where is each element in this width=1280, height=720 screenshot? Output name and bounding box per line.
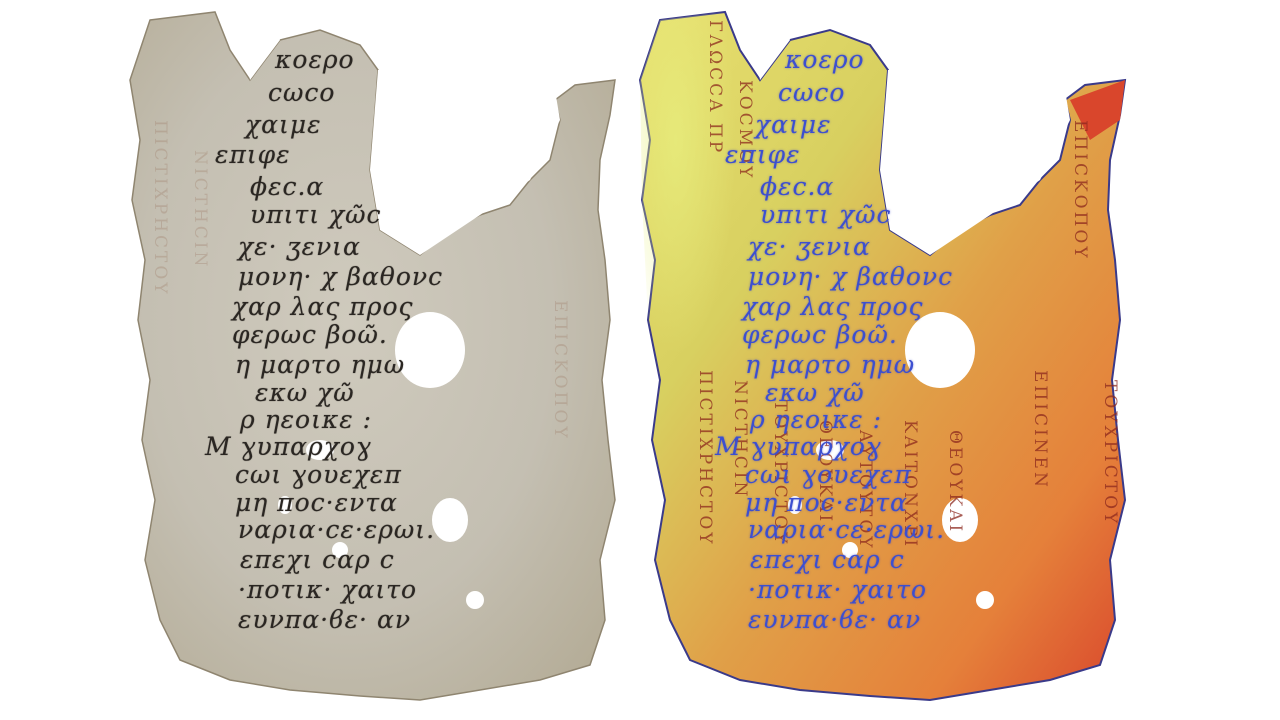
undertext-column: ΓΛΩϹϹΑ ΠΡ [705,20,725,155]
manuscript-line: επεχι ϲαρ ϲ [750,545,905,574]
manuscript-line: ·ποτικ· χαιτο [238,575,417,604]
manuscript-line: κοερο [785,45,865,74]
undertext-column: ΘΕΟΥΚΑΙ [945,430,965,534]
manuscript-line: μονη· χ βαθονϲ [238,262,443,291]
manuscript-line: ϲωι ɣουεχεπ [235,460,402,489]
manuscript-line: χαιμε [245,110,322,139]
manuscript-line: ϕεϲ.α [760,172,834,201]
manuscript-line: ϲωϲο [778,78,845,107]
natural-light-fragment: ΠΙϹΤΙΧΡΗϹΤΟΥ ΝΙϹΤΗϹΙΝ ΕΠΙϹΚΟΠΟΥ κοερο ϲω… [120,0,640,720]
manuscript-line: ϲωϲο [268,78,335,107]
undertext-column: ΕΠΙϹΚΟΠΟΥ [550,300,570,441]
manuscript-line: χε· ʒενια [238,232,361,261]
manuscript-line: ϲωι ɣουεχεπ [745,460,912,489]
manuscript-line: επιφε [215,140,291,169]
manuscript-line: ευνπα·ϐε· αν [238,605,411,634]
manuscript-line: ναρια·ϲε·ερωι. [238,515,435,544]
manuscript-line: χαιμε [755,110,832,139]
manuscript-line: επιφε [725,140,801,169]
manuscript-line: υπιτι χῶϲ [760,200,892,229]
manuscript-line: μονη· χ βαθονϲ [748,262,953,291]
undertext-column: ΝΙϹΤΗϹΙΝ [190,150,210,269]
manuscript-line: ρ ηεοικε : [750,405,882,434]
manuscript-line: ϕεϲ.α [250,172,324,201]
manuscript-line: χαρ λας προς [742,292,924,321]
manuscript-line: φερωϲ βοῶ. [742,320,898,349]
manuscript-line: εκω χῶ [255,378,355,407]
manuscript-line: εκω χῶ [765,378,865,407]
manuscript-line: χε· ʒενια [748,232,871,261]
undertext-column: ΠΙϹΤΙΧΡΗϹΤΟΥ [150,120,170,296]
undertext-column: ΠΙϹΤΙΧΡΗϹΤΟΥ [695,370,715,546]
undertext-column: ΕΠΙϹΙΝΕΝ [1030,370,1050,490]
manuscript-line: ·ποτικ· χαιτο [748,575,927,604]
manuscript-line: ναρια·ϲε·ερωι. [748,515,945,544]
manuscript-line: φερωϲ βοῶ. [232,320,388,349]
manuscript-line: ευνπα·ϐε· αν [748,605,921,634]
manuscript-line: η μαρτο ημω [745,350,915,379]
undertext-column: ΤΟΥΧΡΙϹΤΟΥ [1100,380,1120,526]
manuscript-line: η μαρτο ημω [235,350,405,379]
manuscript-line: ρ ηεοικε : [240,405,372,434]
manuscript-line: επεχι ϲαρ ϲ [240,545,395,574]
manuscript-line: μη ποϲ·εντα [235,488,398,517]
manuscript-line: Μ ɣυπαρχοɣ [715,432,882,461]
multispectral-fragment: ΓΛΩϹϹΑ ΠΡ ΚΟϹΜΟΥ ΠΙϹΤΙΧΡΗϹΤΟΥ ΝΙϹΤΗϹΙΝ Τ… [630,0,1150,720]
manuscript-line: Μ ɣυπαρχοɣ [205,432,372,461]
manuscript-line: υπιτι χῶϲ [250,200,382,229]
manuscript-line: κοερο [275,45,355,74]
manuscript-line: μη ποϲ·εντα [745,488,908,517]
undertext-column: ΕΠΙϹΚΟΠΟΥ [1070,120,1090,261]
manuscript-line: χαρ λας προς [232,292,414,321]
